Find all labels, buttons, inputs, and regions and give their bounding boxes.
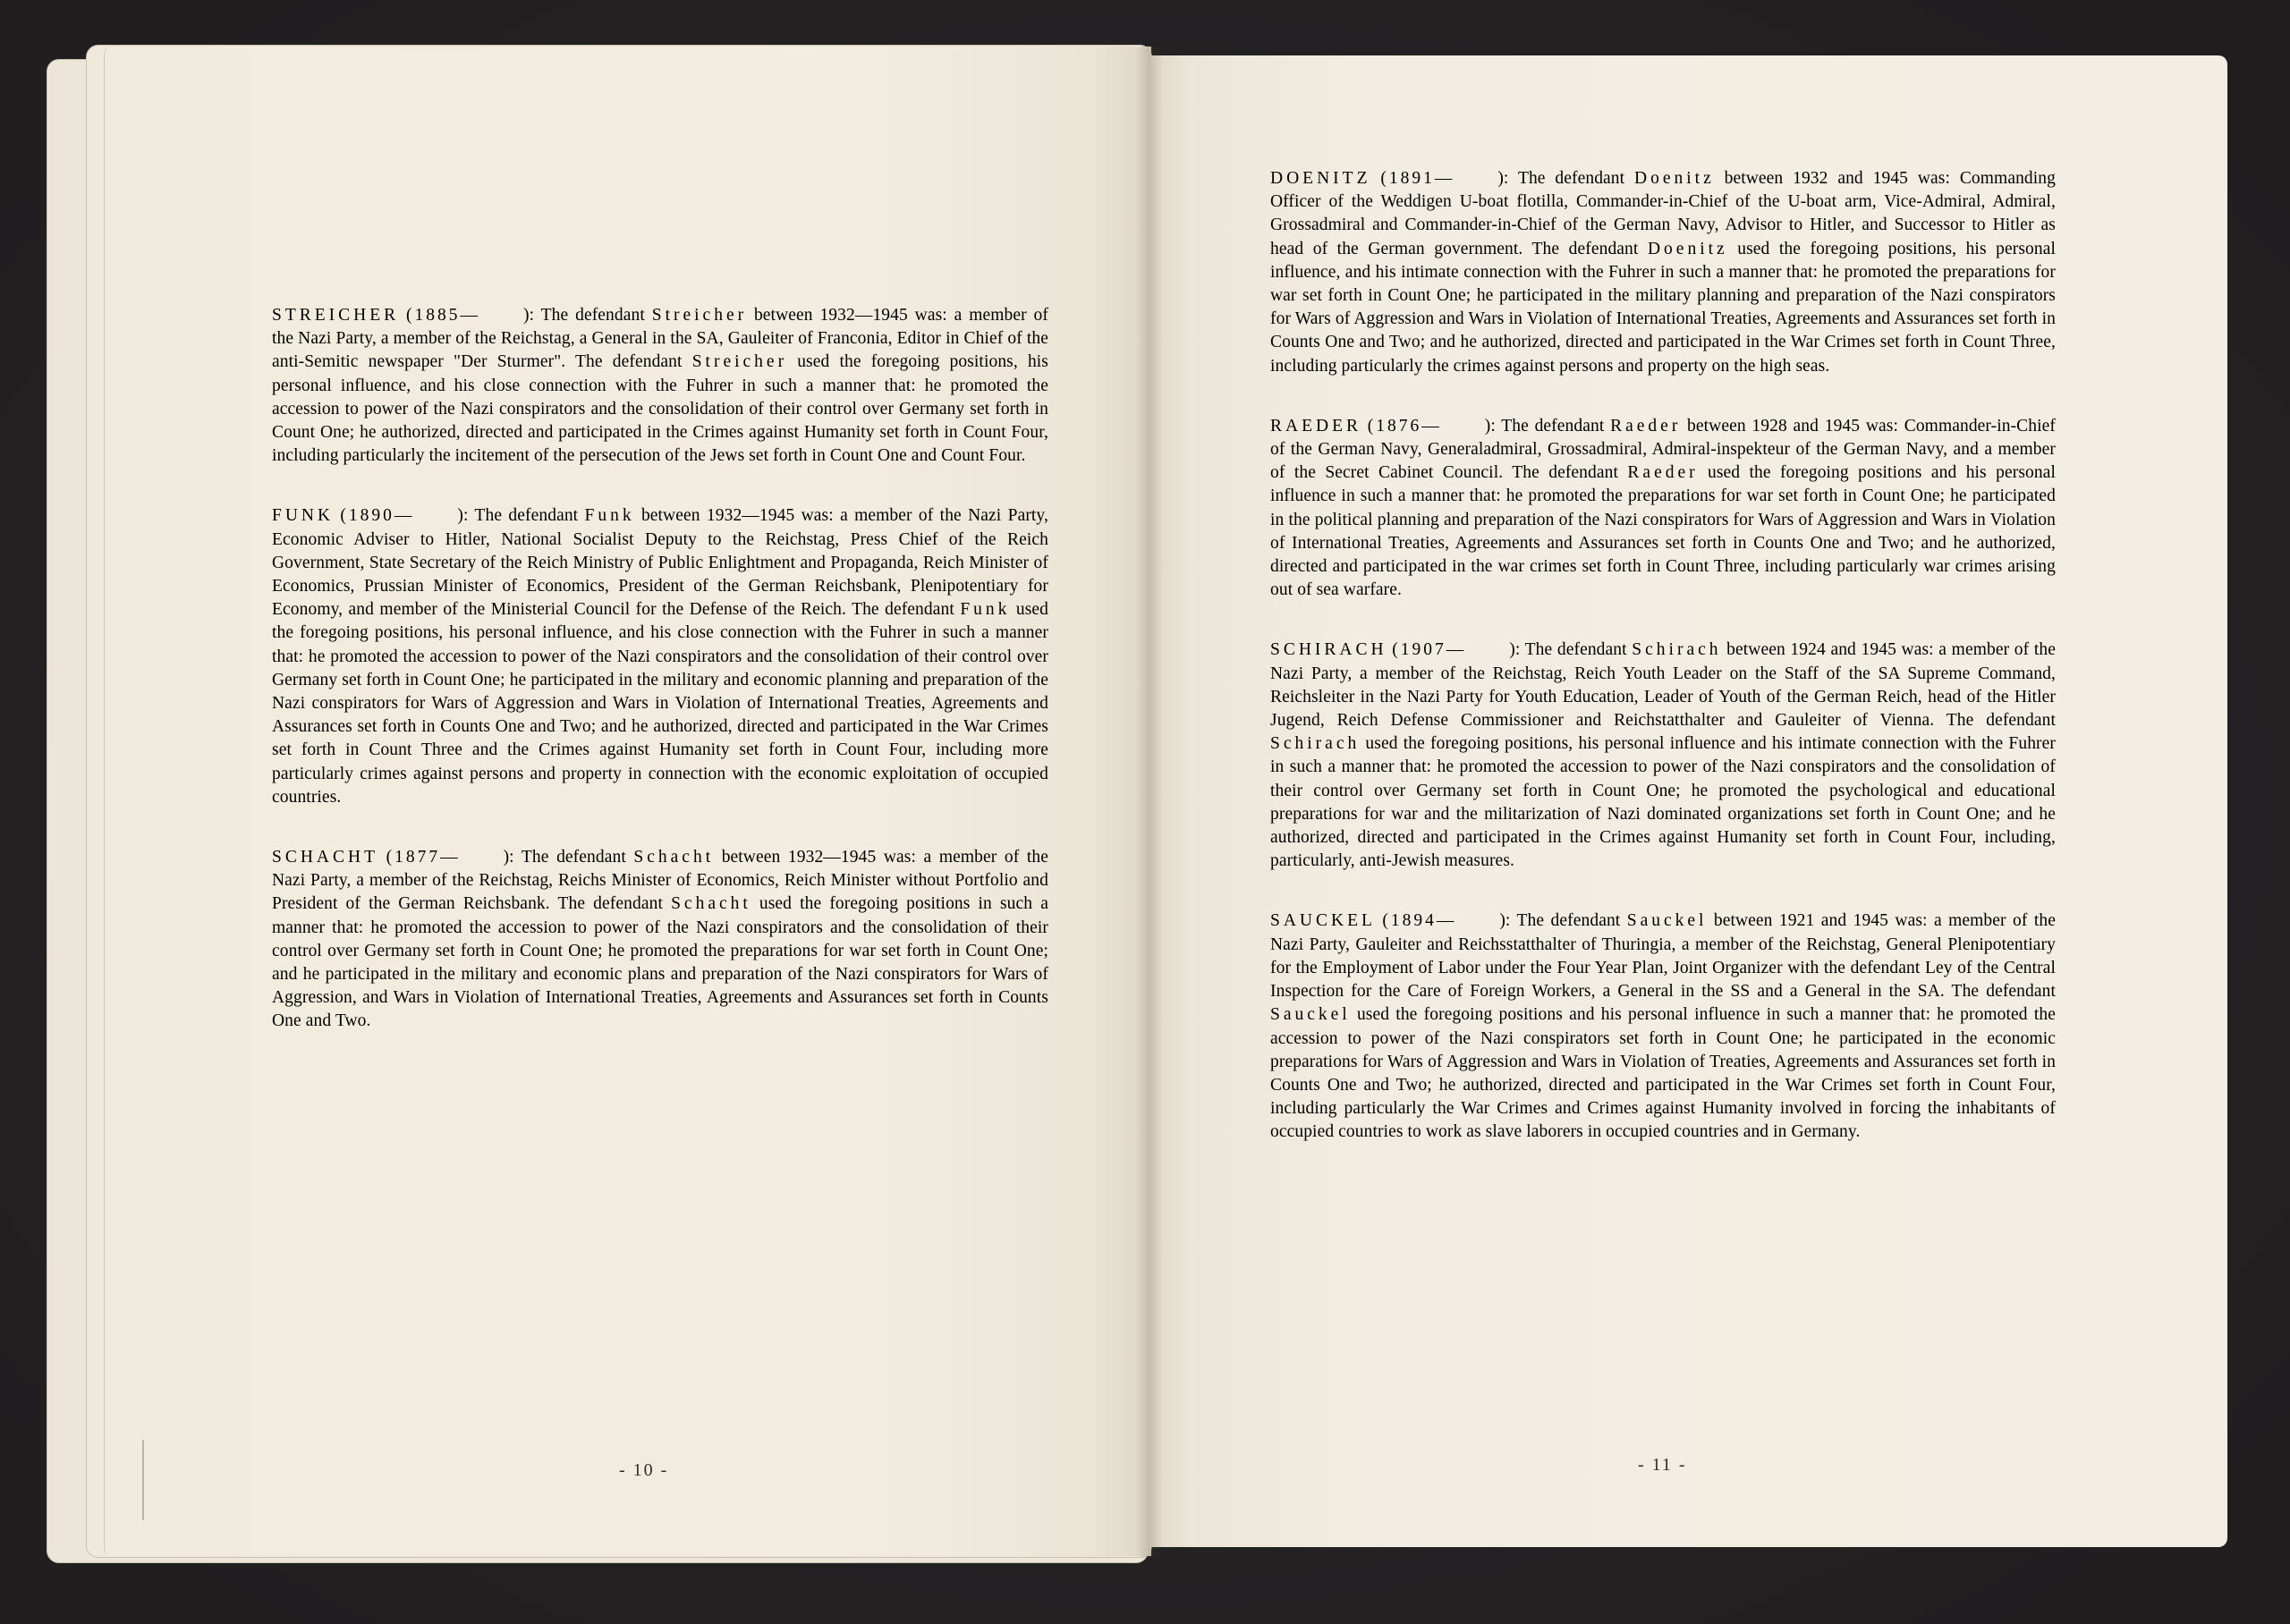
entry-paragraph: FUNK (1890—): The defendant Funk between… xyxy=(272,504,1048,809)
entry-intro: The defendant xyxy=(475,506,579,525)
defendant-name-spaced: Funk xyxy=(585,506,635,525)
defendant-name-spaced: Streicher xyxy=(652,306,747,325)
entry-intro: The defendant xyxy=(1501,417,1604,436)
entry-intro: The defendant xyxy=(1518,169,1624,188)
defendant-entry-schirach: SCHIRACH (1907—): The defendant Schirach… xyxy=(1270,639,2056,873)
entry-body: used the foregoing positions, his person… xyxy=(272,600,1048,807)
defendant-dates: (1890— xyxy=(340,506,414,525)
page-number-right: - 11 - xyxy=(1638,1455,1687,1476)
defendant-name-spaced: Sauckel xyxy=(1270,1005,1351,1024)
defendant-name: SAUCKEL xyxy=(1270,911,1376,930)
defendant-entry-sauckel: SAUCKEL (1894—): The defendant Sauckel b… xyxy=(1270,909,2056,1144)
dates-close: ): xyxy=(523,306,534,325)
defendant-entry-raeder: RAEDER (1876—): The defendant Raeder bet… xyxy=(1270,415,2056,603)
entry-body: used the foregoing positions in such a m… xyxy=(272,894,1048,1030)
entry-intro: The defendant xyxy=(522,848,626,867)
dates-close: ): xyxy=(1509,640,1520,659)
defendant-name: SCHIRACH xyxy=(1270,640,1387,659)
defendant-name-spaced: Doenitz xyxy=(1648,240,1728,258)
entry-paragraph: SAUCKEL (1894—): The defendant Sauckel b… xyxy=(1270,909,2056,1144)
dates-close: ): xyxy=(504,848,514,867)
dates-close: ): xyxy=(457,506,468,525)
defendant-dates: (1907— xyxy=(1392,640,1466,659)
defendant-name-spaced: Doenitz xyxy=(1634,169,1715,188)
defendant-name: RAEDER xyxy=(1270,417,1361,436)
defendant-name-spaced: Raeder xyxy=(1610,417,1681,436)
defendant-entry-doenitz: DOENITZ (1891—): The defendant Doenitz b… xyxy=(1270,167,2056,378)
entry-intro: The defendant xyxy=(1517,911,1621,930)
defendant-name-spaced: Schacht xyxy=(671,894,751,913)
entry-paragraph: STREICHER (1885—): The defendant Streich… xyxy=(272,304,1048,468)
defendant-dates: (1894— xyxy=(1382,911,1456,930)
dates-close: ): xyxy=(1497,169,1508,188)
book-gutter xyxy=(1136,47,1163,1558)
left-page-text: STREICHER (1885—): The defendant Streich… xyxy=(272,304,1048,1070)
defendant-name-spaced: Schacht xyxy=(633,848,714,867)
defendant-entry-streicher: STREICHER (1885—): The defendant Streich… xyxy=(272,304,1048,468)
defendant-name-spaced: Schirach xyxy=(1270,734,1360,753)
entry-body: used the foregoing positions and his per… xyxy=(1270,1005,2056,1141)
entry-body: used the foregoing positions and his per… xyxy=(1270,463,2056,599)
defendant-name: STREICHER xyxy=(272,306,399,325)
entry-paragraph: SCHACHT (1877—): The defendant Schacht b… xyxy=(272,846,1048,1034)
defendant-name: DOENITZ xyxy=(1270,169,1370,188)
defendant-entry-funk: FUNK (1890—): The defendant Funk between… xyxy=(272,504,1048,809)
entry-body: used the foregoing positions, his person… xyxy=(1270,734,2056,870)
defendant-dates: (1885— xyxy=(406,306,480,325)
defendant-name-spaced: Raeder xyxy=(1627,463,1698,482)
page-number-left: - 10 - xyxy=(619,1460,668,1481)
defendant-dates: (1876— xyxy=(1368,417,1442,436)
defendant-name: FUNK xyxy=(272,506,334,525)
pencil-mark xyxy=(142,1440,144,1520)
defendant-dates: (1891— xyxy=(1380,169,1455,188)
defendant-entry-schacht: SCHACHT (1877—): The defendant Schacht b… xyxy=(272,846,1048,1034)
dates-close: ): xyxy=(1499,911,1510,930)
defendant-name-spaced: Funk xyxy=(960,600,1010,619)
dates-close: ): xyxy=(1485,417,1496,436)
right-page-text: DOENITZ (1891—): The defendant Doenitz b… xyxy=(1270,167,2056,1181)
entry-paragraph: DOENITZ (1891—): The defendant Doenitz b… xyxy=(1270,167,2056,378)
defendant-name-spaced: Streicher xyxy=(692,352,787,371)
entry-intro: The defendant xyxy=(541,306,645,325)
defendant-name-spaced: Sauckel xyxy=(1627,911,1708,930)
defendant-dates: (1877— xyxy=(386,848,461,867)
entry-paragraph: RAEDER (1876—): The defendant Raeder bet… xyxy=(1270,415,2056,603)
entry-body: used the foregoing positions, his person… xyxy=(1270,240,2056,376)
defendant-name: SCHACHT xyxy=(272,848,378,867)
entry-paragraph: SCHIRACH (1907—): The defendant Schirach… xyxy=(1270,639,2056,873)
entry-intro: The defendant xyxy=(1525,640,1627,659)
defendant-name-spaced: Schirach xyxy=(1632,640,1721,659)
